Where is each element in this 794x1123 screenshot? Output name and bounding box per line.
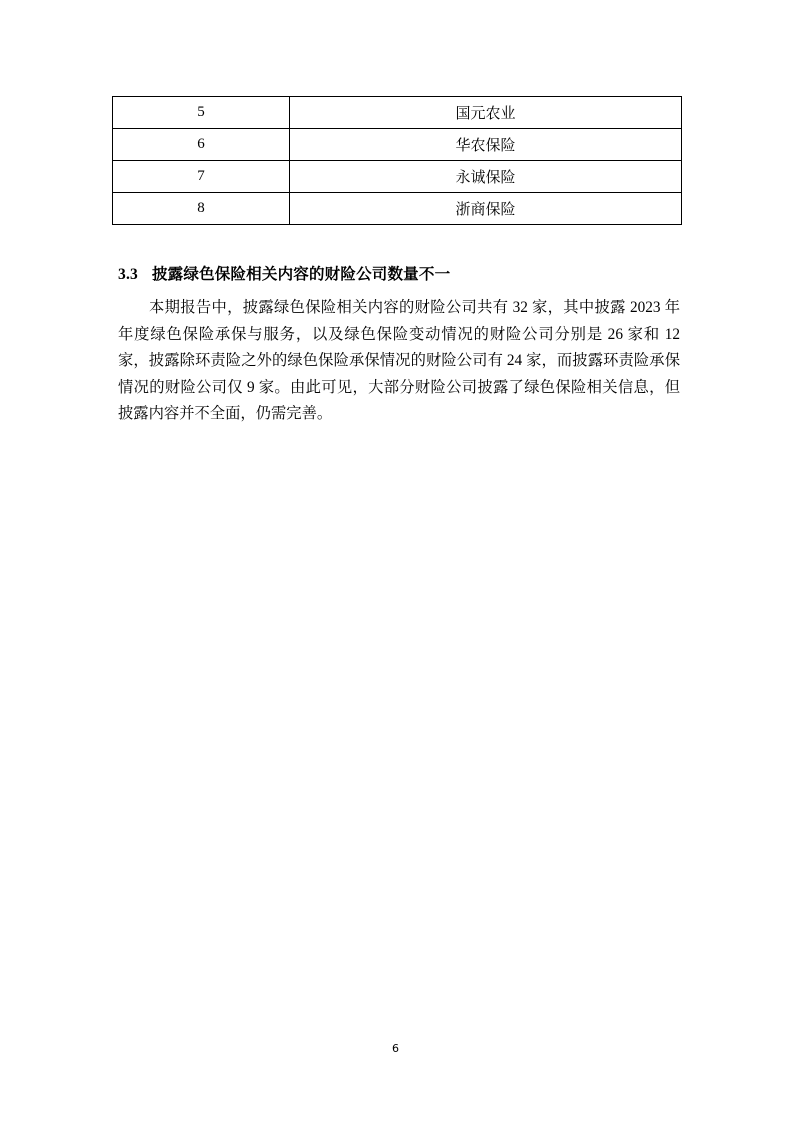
row-number: 5 bbox=[113, 97, 290, 129]
section-number: 3.3 bbox=[118, 266, 138, 283]
body-paragraph: 本期报告中，披露绿色保险相关内容的财险公司共有 32 家，其中披露 2023 年… bbox=[118, 295, 680, 428]
company-name: 永诚保险 bbox=[290, 161, 682, 193]
company-name: 华农保险 bbox=[290, 129, 682, 161]
company-name: 国元农业 bbox=[290, 97, 682, 129]
table-row: 6 华农保险 bbox=[113, 129, 682, 161]
page-number: 6 bbox=[392, 1042, 399, 1055]
insurer-table: 5 国元农业 6 华农保险 7 永诚保险 8 浙商保险 bbox=[112, 96, 682, 225]
row-number: 7 bbox=[113, 161, 290, 193]
table-row: 5 国元农业 bbox=[113, 97, 682, 129]
company-name: 浙商保险 bbox=[290, 193, 682, 225]
row-number: 6 bbox=[113, 129, 290, 161]
section-heading: 3.3披露绿色保险相关内容的财险公司数量不一 bbox=[118, 262, 450, 284]
section-title: 披露绿色保险相关内容的财险公司数量不一 bbox=[152, 265, 450, 283]
table-row: 8 浙商保险 bbox=[113, 193, 682, 225]
row-number: 8 bbox=[113, 193, 290, 225]
table-row: 7 永诚保险 bbox=[113, 161, 682, 193]
